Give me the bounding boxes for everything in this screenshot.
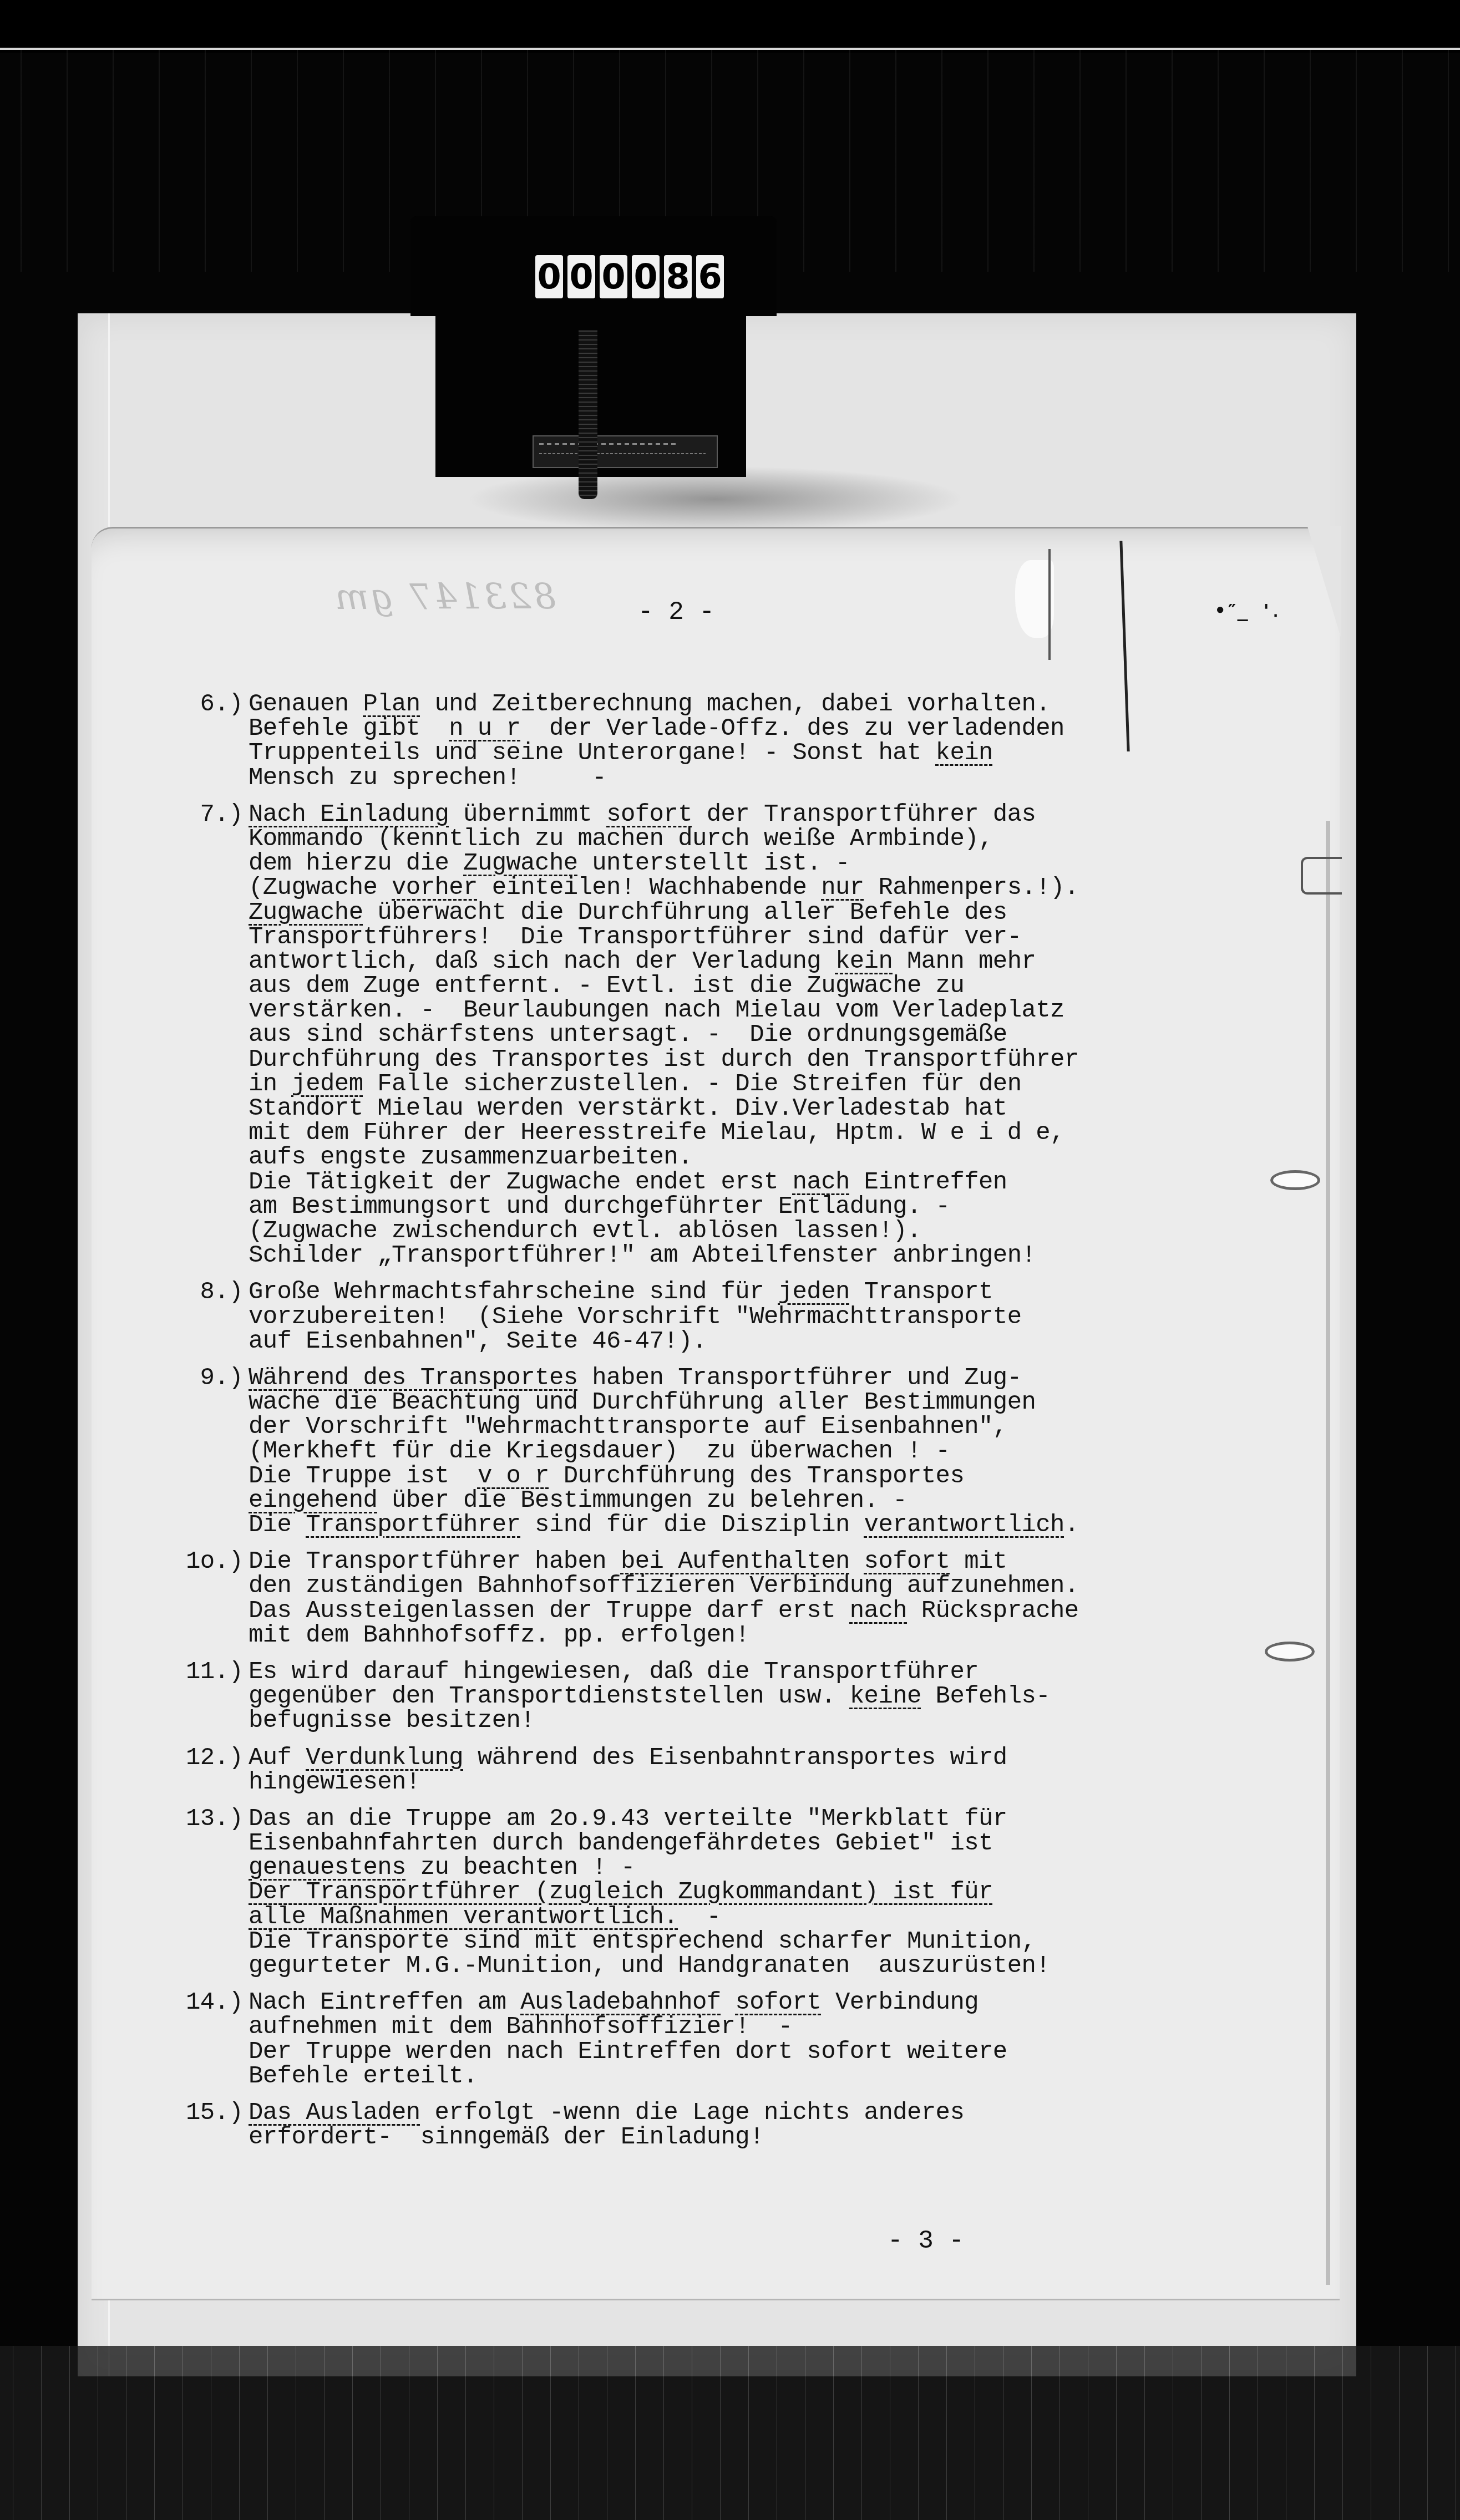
- text-line: Das Aussteigenlassen der Truppe darf ers…: [249, 1599, 1184, 1623]
- text-segment: am Bestimmungsort und durchgeführter Ent…: [249, 1193, 950, 1221]
- text-segment: Die Transporte sind mit entsprechend sch…: [249, 1928, 1036, 1955]
- text-line: alle Maßnahmen verantwortlich. -: [249, 1905, 1184, 1929]
- text-segment: (Zugwache: [249, 874, 392, 902]
- text-segment: Eisenbahnfahrten durch bandengefährdetes…: [249, 1830, 993, 1857]
- text-segment: Das Aussteigenlassen der Truppe darf ers…: [249, 1597, 850, 1625]
- text-segment: Falle sicherzustellen. - Die Streifen fü…: [363, 1070, 1021, 1098]
- text-segment: unterstellt ist. -: [578, 850, 850, 877]
- text-segment: verstärken. - Beurlaubungen nach Mielau …: [249, 997, 1064, 1024]
- paragraph-text: Die Transportführer haben bei Aufenthalt…: [249, 1549, 1184, 1648]
- text-segment: (Zugwache zwischendurch evtl. ablösen la…: [249, 1217, 921, 1245]
- underlined-text: nur: [821, 874, 864, 902]
- text-segment: [721, 1989, 736, 2016]
- text-segment: Rücksprache: [907, 1597, 1079, 1625]
- text-line: Das an die Truppe am 2o.9.43 verteilte "…: [249, 1807, 1184, 1831]
- paragraph-text: Genauen Plan und Zeitberechnung machen, …: [249, 692, 1184, 790]
- text-segment: aufnehmen mit dem Bahnhofsoffizier! -: [249, 2013, 793, 2041]
- page-header-number: - 2 -: [638, 598, 714, 627]
- text-segment: über die Bestimmungen zu belehren. -: [377, 1487, 907, 1515]
- text-line: befugnisse besitzen!: [249, 1709, 1184, 1733]
- text-segment: antwortlich, daß sich nach der Verladung: [249, 948, 835, 976]
- text-segment: gegenüber den Transportdienststellen usw…: [249, 1683, 850, 1710]
- text-segment: Die Tätigkeit der Zugwache endet erst: [249, 1168, 793, 1196]
- paragraph-number: 13.): [186, 1807, 249, 1978]
- text-segment: Mann mehr: [893, 948, 1036, 976]
- page-corner-cut: [1307, 526, 1341, 637]
- text-segment: Befehle gibt: [249, 715, 449, 743]
- text-segment: der Transportführer das: [692, 801, 1036, 829]
- text-segment: erfolgt -wenn die Lage nichts anderes: [420, 2099, 965, 2127]
- text-segment: Mensch zu sprechen! -: [249, 764, 606, 792]
- text-segment: Durchführung des Transportes: [549, 1462, 964, 1490]
- text-line: in jedem Falle sicherzustellen. - Die St…: [249, 1072, 1184, 1096]
- text-line: Die Truppe ist v o r Durchführung des Tr…: [249, 1464, 1184, 1488]
- paragraph-number: 1o.): [186, 1549, 249, 1648]
- text-line: erfordert- sinngemäß der Einladung!: [249, 2125, 1184, 2150]
- text-segment: Die: [249, 1511, 306, 1539]
- text-line: Nach Eintreffen am Ausladebahnhof sofort…: [249, 1990, 1184, 2015]
- text-segment: überwacht die Durchführung aller Befehle…: [363, 899, 1007, 927]
- text-line: Das Ausladen erfolgt -wenn die Lage nich…: [249, 2101, 1184, 2125]
- paragraph-number: 11.): [186, 1660, 249, 1734]
- underlined-text: Das Ausladen: [249, 2099, 420, 2127]
- text-segment: Befehls-: [921, 1683, 1050, 1710]
- underlined-text: kein: [936, 739, 993, 767]
- pencil-annotation: 823147 gm: [333, 577, 556, 618]
- numbered-paragraph: 15.)Das Ausladen erfolgt -wenn die Lage …: [186, 2101, 1184, 2150]
- paragraph-text: Das Ausladen erfolgt -wenn die Lage nich…: [249, 2101, 1184, 2150]
- text-segment: Kommando (kenntlich zu machen durch weiß…: [249, 825, 993, 853]
- text-segment: den zuständigen Bahnhofsoffizieren Verbi…: [249, 1572, 1079, 1600]
- text-segment: Die Truppe ist: [249, 1462, 478, 1490]
- text-line: Durchführung des Transportes ist durch d…: [249, 1048, 1184, 1072]
- text-segment: mit: [950, 1548, 1007, 1576]
- text-segment: Der Truppe werden nach Eintreffen dort s…: [249, 2038, 1007, 2066]
- punch-hole-top: [1270, 1170, 1320, 1190]
- text-segment: mit dem Führer der Heeresstreife Mielau,…: [249, 1119, 1064, 1147]
- numbered-paragraph: 7.)Nach Einladung übernimmt sofort der T…: [186, 802, 1184, 1268]
- text-line: Mensch zu sprechen! -: [249, 766, 1184, 790]
- text-line: Truppenteils und seine Unterorgane! - So…: [249, 741, 1184, 765]
- text-segment: Eintreffen: [850, 1168, 1007, 1196]
- text-segment: aufs engste zusammenzuarbeiten.: [249, 1144, 692, 1171]
- text-line: gegurteter M.G.-Munition, und Handgranat…: [249, 1954, 1184, 1978]
- text-segment: dem hierzu die: [249, 850, 463, 877]
- text-segment: der Verlade-Offz. des zu verladenden: [520, 715, 1064, 743]
- page-right-fold: [1326, 821, 1330, 2285]
- counter-digit: 0: [567, 255, 595, 298]
- paragraph-text: Es wird darauf hingewiesen, daß die Tran…: [249, 1660, 1184, 1734]
- text-segment: einteilen! Wachhabende: [478, 874, 821, 902]
- text-segment: mit dem Bahnhofsoffz. pp. erfolgen!: [249, 1622, 749, 1649]
- text-line: Während des Transportes haben Transportf…: [249, 1366, 1184, 1390]
- text-segment: Befehle erteilt.: [249, 2062, 478, 2090]
- page-footer-number: - 3 -: [888, 2227, 964, 2255]
- text-line: mit dem Führer der Heeresstreife Mielau,…: [249, 1121, 1184, 1145]
- paragraph-number: 8.): [186, 1280, 249, 1354]
- text-line: aufnehmen mit dem Bahnhofsoffizier! -: [249, 2015, 1184, 2039]
- text-segment: Es wird darauf hingewiesen, daß die Tran…: [249, 1658, 979, 1686]
- text-line: Eisenbahnfahrten durch bandengefährdetes…: [249, 1831, 1184, 1856]
- text-segment: Das an die Truppe am 2o.9.43 verteilte "…: [249, 1805, 1007, 1833]
- text-line: antwortlich, daß sich nach der Verladung…: [249, 949, 1184, 974]
- staple-mark: [1301, 857, 1342, 895]
- text-segment: aus sind schärfstens untersagt. - Die or…: [249, 1021, 1007, 1049]
- counter-digits: 000086: [535, 255, 724, 298]
- text-line: mit dem Bahnhofsoffz. pp. erfolgen!: [249, 1623, 1184, 1648]
- underlined-text: Verdunklung: [306, 1744, 463, 1772]
- numbered-paragraph: 9.)Während des Transportes haben Transpo…: [186, 1366, 1184, 1537]
- underlined-text: n u r: [449, 715, 520, 743]
- paragraph-number: 14.): [186, 1990, 249, 2089]
- text-line: Der Truppe werden nach Eintreffen dort s…: [249, 2040, 1184, 2064]
- paragraph-text: Nach Eintreffen am Ausladebahnhof sofort…: [249, 1990, 1184, 2089]
- underlined-text: sofort: [864, 1548, 950, 1576]
- text-segment: Nach Eintreffen am: [249, 1989, 520, 2016]
- text-line: Genauen Plan und Zeitberechnung machen, …: [249, 692, 1184, 717]
- text-line: eingehend über die Bestimmungen zu beleh…: [249, 1488, 1184, 1513]
- text-segment: (Merkheft für die Kriegsdauer) zu überwa…: [249, 1437, 950, 1465]
- text-segment: in: [249, 1070, 291, 1098]
- text-segment: [850, 1548, 864, 1576]
- numbered-paragraph: 14.)Nach Eintreffen am Ausladebahnhof so…: [186, 1990, 1184, 2089]
- text-line: Auf Verdunklung während des Eisenbahntra…: [249, 1746, 1184, 1770]
- text-segment: Rahmenpers.!).: [864, 874, 1079, 902]
- text-line: verstärken. - Beurlaubungen nach Mielau …: [249, 998, 1184, 1023]
- underlined-text: genauestens: [249, 1854, 406, 1882]
- text-segment: wache die Beachtung und Durchführung all…: [249, 1389, 1036, 1416]
- text-segment: vorzubereiten! (Siehe Vorschrift "Wehrma…: [249, 1303, 1021, 1331]
- text-segment: Die Transportführer haben: [249, 1548, 621, 1576]
- underlined-text: verantwortlich: [864, 1511, 1064, 1539]
- text-segment: Große Wehrmachtsfahrscheine sind für: [249, 1278, 778, 1306]
- text-line: (Zugwache vorher einteilen! Wachhabende …: [249, 876, 1184, 900]
- text-line: wache die Beachtung und Durchführung all…: [249, 1390, 1184, 1415]
- text-segment: übernimmt: [449, 801, 606, 829]
- text-segment: der Vorschrift "Wehrmachttransporte auf …: [249, 1413, 1007, 1441]
- text-line: Befehle gibt n u r der Verlade-Offz. des…: [249, 717, 1184, 741]
- document-body: 6.)Genauen Plan und Zeitberechnung mache…: [186, 692, 1184, 2162]
- text-line: Die Tätigkeit der Zugwache endet erst na…: [249, 1170, 1184, 1195]
- numbered-paragraph: 13.)Das an die Truppe am 2o.9.43 verteil…: [186, 1807, 1184, 1978]
- text-line: Zugwache überwacht die Durchführung alle…: [249, 901, 1184, 925]
- underlined-text: nach: [850, 1597, 907, 1625]
- underlined-text: keine: [850, 1683, 921, 1710]
- counter-digit: 0: [632, 255, 660, 298]
- underlined-text: Nach Einladung: [249, 801, 449, 829]
- text-line: hingewiesen!: [249, 1770, 1184, 1795]
- text-segment: haben Transportführer und Zug-: [578, 1364, 1022, 1392]
- text-segment: befugnisse besitzen!: [249, 1707, 535, 1735]
- text-line: vorzubereiten! (Siehe Vorschrift "Wehrma…: [249, 1305, 1184, 1329]
- text-line: Schilder „Transportführer!" am Abteilfen…: [249, 1243, 1184, 1268]
- counter-digit: 0: [600, 255, 627, 298]
- text-line: Transportführers! Die Transportführer si…: [249, 925, 1184, 949]
- text-segment: hingewiesen!: [249, 1769, 420, 1796]
- numbered-paragraph: 1o.)Die Transportführer haben bei Aufent…: [186, 1549, 1184, 1648]
- underlined-text: v o r: [478, 1462, 549, 1490]
- text-segment: aus dem Zuge entfernt. - Evtl. ist die Z…: [249, 972, 964, 1000]
- underlined-text: Der Transportführer (zugleich Zugkommand…: [249, 1878, 993, 1906]
- counter-digit: 8: [664, 255, 692, 298]
- underlined-text: kein: [835, 948, 893, 976]
- counter-digit: 6: [696, 255, 724, 298]
- film-border-top: [0, 0, 1460, 53]
- underlined-text: sofort: [735, 1989, 821, 2016]
- text-line: Nach Einladung übernimmt sofort der Tran…: [249, 802, 1184, 827]
- underlined-text: Ausladebahnhof: [520, 1989, 721, 2016]
- text-segment: Truppenteils und seine Unterorgane! - So…: [249, 739, 936, 767]
- text-line: (Merkheft für die Kriegsdauer) zu überwa…: [249, 1439, 1184, 1464]
- underlined-text: Zugwache: [463, 850, 577, 877]
- text-line: Große Wehrmachtsfahrscheine sind für jed…: [249, 1280, 1184, 1304]
- underlined-text: bei Aufenthalten: [621, 1548, 850, 1576]
- paragraph-text: Große Wehrmachtsfahrscheine sind für jed…: [249, 1280, 1184, 1354]
- paragraph-number: 15.): [186, 2101, 249, 2150]
- text-line: aufs engste zusammenzuarbeiten.: [249, 1145, 1184, 1170]
- text-line: aus dem Zuge entfernt. - Evtl. ist die Z…: [249, 974, 1184, 998]
- paragraph-text: Während des Transportes haben Transportf…: [249, 1366, 1184, 1537]
- text-segment: auf Eisenbahnen", Seite 46-47!).: [249, 1328, 707, 1355]
- text-line: Die Transportführer sind für die Diszipl…: [249, 1513, 1184, 1537]
- text-line: gegenüber den Transportdienststellen usw…: [249, 1684, 1184, 1709]
- paragraph-text: Nach Einladung übernimmt sofort der Tran…: [249, 802, 1184, 1268]
- underlined-text: eingehend: [249, 1487, 377, 1515]
- underlined-text: Zugwache: [249, 899, 363, 927]
- numbered-paragraph: 6.)Genauen Plan und Zeitberechnung mache…: [186, 692, 1184, 790]
- underlined-text: jedem: [291, 1070, 363, 1098]
- text-segment: Verbindung: [821, 1989, 979, 2016]
- text-segment: Genauen: [249, 690, 363, 718]
- text-segment: Auf: [249, 1744, 306, 1772]
- paragraph-number: 12.): [186, 1746, 249, 1795]
- underlined-text: sofort: [606, 801, 692, 829]
- paragraph-text: Das an die Truppe am 2o.9.43 verteilte "…: [249, 1807, 1184, 1978]
- numbered-paragraph: 12.)Auf Verdunklung während des Eisenbah…: [186, 1746, 1184, 1795]
- punch-hole-bottom: [1265, 1642, 1315, 1662]
- underlined-text: alle Maßnahmen verantwortlich.: [249, 1903, 678, 1931]
- text-line: Es wird darauf hingewiesen, daß die Tran…: [249, 1660, 1184, 1684]
- counter-nameplate: [533, 435, 718, 468]
- text-line: genauestens zu beachten ! -: [249, 1856, 1184, 1880]
- counter-knob: [579, 330, 597, 499]
- text-line: auf Eisenbahnen", Seite 46-47!).: [249, 1329, 1184, 1354]
- underlined-text: Plan: [363, 690, 420, 718]
- text-line: Standort Mielau werden verstärkt. Div.Ve…: [249, 1096, 1184, 1121]
- numbered-paragraph: 11.)Es wird darauf hingewiesen, daß die …: [186, 1660, 1184, 1734]
- frame-counter-device: 000086: [410, 216, 965, 466]
- text-segment: Transport: [850, 1278, 993, 1306]
- text-segment: Schilder „Transportführer!" am Abteilfen…: [249, 1242, 1036, 1269]
- text-line: Die Transporte sind mit entsprechend sch…: [249, 1929, 1184, 1954]
- counter-digit: 0: [535, 255, 563, 298]
- numbered-paragraph: 8.)Große Wehrmachtsfahrscheine sind für …: [186, 1280, 1184, 1354]
- underlined-text: jeden: [778, 1278, 850, 1306]
- underlined-text: vorher: [392, 874, 478, 902]
- underlined-text: nach: [793, 1168, 850, 1196]
- text-segment: Standort Mielau werden verstärkt. Div.Ve…: [249, 1095, 1007, 1122]
- text-line: (Zugwache zwischendurch evtl. ablösen la…: [249, 1219, 1184, 1243]
- text-segment: sind für die Disziplin: [520, 1511, 864, 1539]
- text-segment: während des Eisenbahntransportes wird: [463, 1744, 1007, 1772]
- page-bottom-edge: [92, 2299, 1340, 2323]
- text-line: dem hierzu die Zugwache unterstellt ist.…: [249, 851, 1184, 876]
- corner-stamp-mark: •″̲ '․: [1215, 600, 1280, 621]
- underlined-text: Während des Transportes: [249, 1364, 578, 1392]
- paragraph-number: 7.): [186, 802, 249, 1268]
- text-segment: .: [1064, 1511, 1079, 1539]
- text-line: Befehle erteilt.: [249, 2064, 1184, 2089]
- text-line: Kommando (kenntlich zu machen durch weiß…: [249, 827, 1184, 851]
- text-line: den zuständigen Bahnhofsoffizieren Verbi…: [249, 1574, 1184, 1598]
- text-segment: Transportführers! Die Transportführer si…: [249, 923, 1021, 951]
- text-segment: Durchführung des Transportes ist durch d…: [249, 1046, 1079, 1074]
- text-line: Die Transportführer haben bei Aufenthalt…: [249, 1549, 1184, 1574]
- paragraph-text: Auf Verdunklung während des Eisenbahntra…: [249, 1746, 1184, 1795]
- text-line: am Bestimmungsort und durchgeführter Ent…: [249, 1195, 1184, 1219]
- paper-crease-mark: [1048, 549, 1051, 660]
- text-segment: -: [678, 1903, 721, 1931]
- text-segment: und Zeitberechnung machen, dabei vorhalt…: [420, 690, 1050, 718]
- text-line: der Vorschrift "Wehrmachttransporte auf …: [249, 1415, 1184, 1439]
- film-scratches-bottom: [0, 2346, 1460, 2520]
- text-segment: erfordert- sinngemäß der Einladung!: [249, 2123, 764, 2151]
- text-segment: gegurteter M.G.-Munition, und Handgranat…: [249, 1952, 1050, 1980]
- paragraph-number: 6.): [186, 692, 249, 790]
- text-line: Der Transportführer (zugleich Zugkommand…: [249, 1880, 1184, 1904]
- text-line: aus sind schärfstens untersagt. - Die or…: [249, 1023, 1184, 1047]
- text-segment: zu beachten ! -: [406, 1854, 635, 1882]
- paragraph-number: 9.): [186, 1366, 249, 1537]
- underlined-text: Transportführer: [306, 1511, 520, 1539]
